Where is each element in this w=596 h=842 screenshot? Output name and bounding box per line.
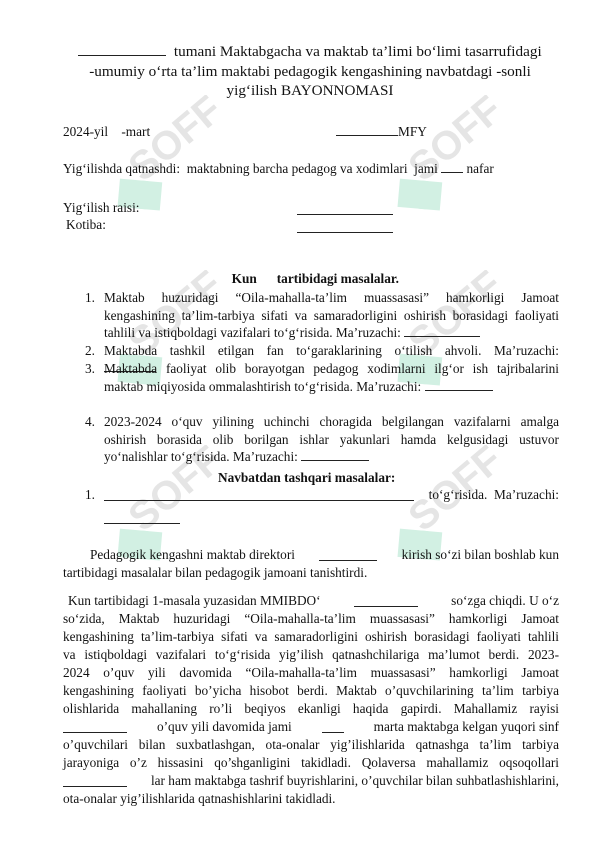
count-blank[interactable] [322, 721, 344, 733]
mfy-field: MFY [336, 124, 427, 140]
district-blank[interactable] [78, 44, 166, 56]
chair-label: Yig‘ilish raisi: [63, 200, 139, 216]
oqsoqol-blank[interactable] [63, 775, 127, 787]
paragraph-2-line: 2024 o’quv yili davomida “Oila-mahalla-t… [63, 665, 559, 681]
extra-topic-blank[interactable] [104, 489, 414, 501]
agenda-heading: Kun tartibidagi masalalar. [225, 255, 399, 271]
agenda-item-line: Maktab huzuridagi “Oila-mahalla-ta’lim m… [104, 290, 559, 306]
paragraph-2-line: kengashining ta’lim-tarbiya sifati va sa… [63, 629, 559, 645]
paragraph-2-line: Kun tartibidagi 1-masala yuzasidan MMIBD… [68, 593, 559, 609]
secretary-blank[interactable] [297, 221, 393, 233]
mfy-blank[interactable] [336, 124, 398, 136]
paragraph-2-line: so‘zida, Maktab huzuridagi “Oila-mahalla… [63, 611, 559, 627]
agenda-item-line: tahlili va istiqboldagi vazifalari to‘g‘… [104, 325, 480, 341]
agenda-item-line: oshirish borasida olib borilgan ishlar y… [104, 432, 559, 448]
paragraph-2-line: kengashining faoliyati bo’yicha hisobot … [63, 683, 559, 699]
chair-blank[interactable] [297, 203, 393, 215]
paragraph-2-line: o’quvchilari bilan suxbatlashgan, ota-on… [63, 737, 559, 753]
document-title: tumani Maktabgacha va maktab ta’limi bo‘… [55, 42, 565, 101]
paragraph-1-line: tartibidagi masalalar bilan pedagogik ja… [63, 565, 367, 581]
paragraph-2-line: ota-onalar yig’ilishlarida qatnashishlar… [63, 791, 336, 807]
paragraph-2-line: o’quv yili davomida jami marta maktabga … [63, 719, 559, 735]
agenda-item-line: kengashining ta’lim-tarbiya sifati va sa… [104, 308, 559, 324]
extra-speaker-blank[interactable] [104, 512, 180, 524]
paragraph-2-line: va istiqboldagi vazifalari to‘g‘risida y… [63, 647, 559, 663]
speaker-blank[interactable] [425, 379, 493, 391]
speaker-blank[interactable] [404, 325, 480, 337]
agenda-item-line: yo‘nalishlar to‘g‘risida. Ma’ruzachi: [104, 449, 369, 465]
extra-heading: Navbatdan tashqari masalalar: [218, 470, 395, 486]
extra-item-suffix: to‘g‘risida. Ma’ruzachi: [423, 487, 559, 503]
paragraph-2-line: jarayoniga o’z hissasini qo’shganligini … [63, 755, 559, 771]
attendees-count-blank[interactable] [441, 161, 463, 173]
agenda-item-number: 2. [85, 343, 95, 359]
secretary-label: Kotiba: [66, 217, 106, 233]
agenda-item-line: Maktabda tashkil etilgan fan to‘garaklar… [104, 343, 559, 359]
agenda-item-number: 4. [85, 414, 95, 430]
speaker-blank[interactable] [301, 449, 369, 461]
extra-item-number: 1. [85, 487, 95, 503]
agenda-item-line: 2023-2024 o‘quv yilining uchinchi chorag… [104, 414, 559, 430]
paragraph-1-line: Pedagogik kengashni maktab direktori kir… [90, 547, 559, 563]
paragraph-2-line: lar ham maktabga tashrif buyrishlarini, … [63, 773, 559, 789]
attendees: Yig‘ilishda qatnashdi: maktabning barcha… [63, 161, 494, 177]
date: 2024-yil -mart [63, 124, 150, 140]
rayis-blank[interactable] [63, 721, 127, 733]
mmibdo-blank[interactable] [354, 595, 418, 607]
director-blank[interactable] [319, 549, 377, 561]
agenda-item-number: 3. [85, 361, 95, 377]
agenda-item-number: 1. [85, 290, 95, 306]
agenda-item-line: maktab miqiyosida ommalashtirish to‘g‘ri… [104, 379, 493, 395]
paragraph-2-line: olishlarida mahallaning ro’li beqiyos ek… [63, 701, 559, 717]
agenda-item-line: Maktabda faoliyat olib borayotgan pedago… [104, 361, 559, 377]
